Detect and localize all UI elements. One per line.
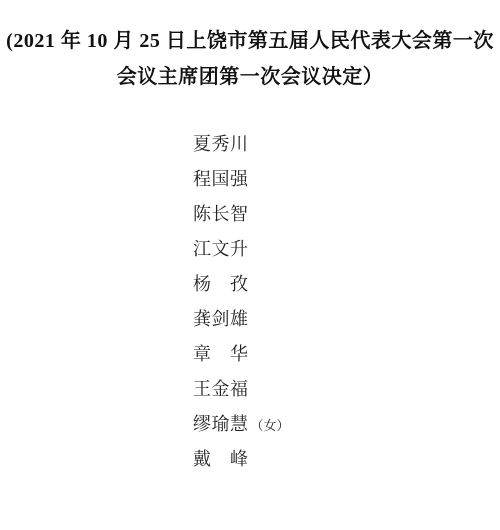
person-name: 戴 峰: [193, 449, 249, 469]
gender-note: （女）: [251, 418, 290, 433]
list-item: 戴 峰: [193, 442, 290, 477]
person-name: 江文升: [193, 239, 249, 259]
subtitle-line-2: 会议主席团第一次会议决定）: [0, 59, 500, 95]
person-name: 夏秀川: [193, 134, 249, 154]
person-name: 王金福: [193, 379, 249, 399]
person-name: 陈长智: [193, 204, 249, 224]
list-item: 陈长智: [193, 197, 290, 232]
subtitle-line-1: (2021 年 10 月 25 日上饶市第五届人民代表大会第一次: [0, 23, 500, 59]
name-list: 夏秀川 程国强 陈长智 江文升 杨 孜 龚剑雄 章 华 王金福 缪瑜慧（女） 戴…: [193, 127, 290, 477]
list-item: 程国强: [193, 162, 290, 197]
list-item: 王金福: [193, 372, 290, 407]
list-item: 缪瑜慧（女）: [193, 407, 290, 442]
document-subtitle: (2021 年 10 月 25 日上饶市第五届人民代表大会第一次 会议主席团第一…: [0, 23, 500, 95]
list-item: 夏秀川: [193, 127, 290, 162]
list-item: 章 华: [193, 337, 290, 372]
person-name: 龚剑雄: [193, 309, 249, 329]
person-name: 杨 孜: [193, 274, 249, 294]
person-name: 缪瑜慧: [193, 414, 249, 434]
document-page: (2021 年 10 月 25 日上饶市第五届人民代表大会第一次 会议主席团第一…: [0, 0, 500, 530]
list-item: 杨 孜: [193, 267, 290, 302]
person-name: 程国强: [193, 169, 249, 189]
person-name: 章 华: [193, 344, 249, 364]
list-item: 江文升: [193, 232, 290, 267]
list-item: 龚剑雄: [193, 302, 290, 337]
